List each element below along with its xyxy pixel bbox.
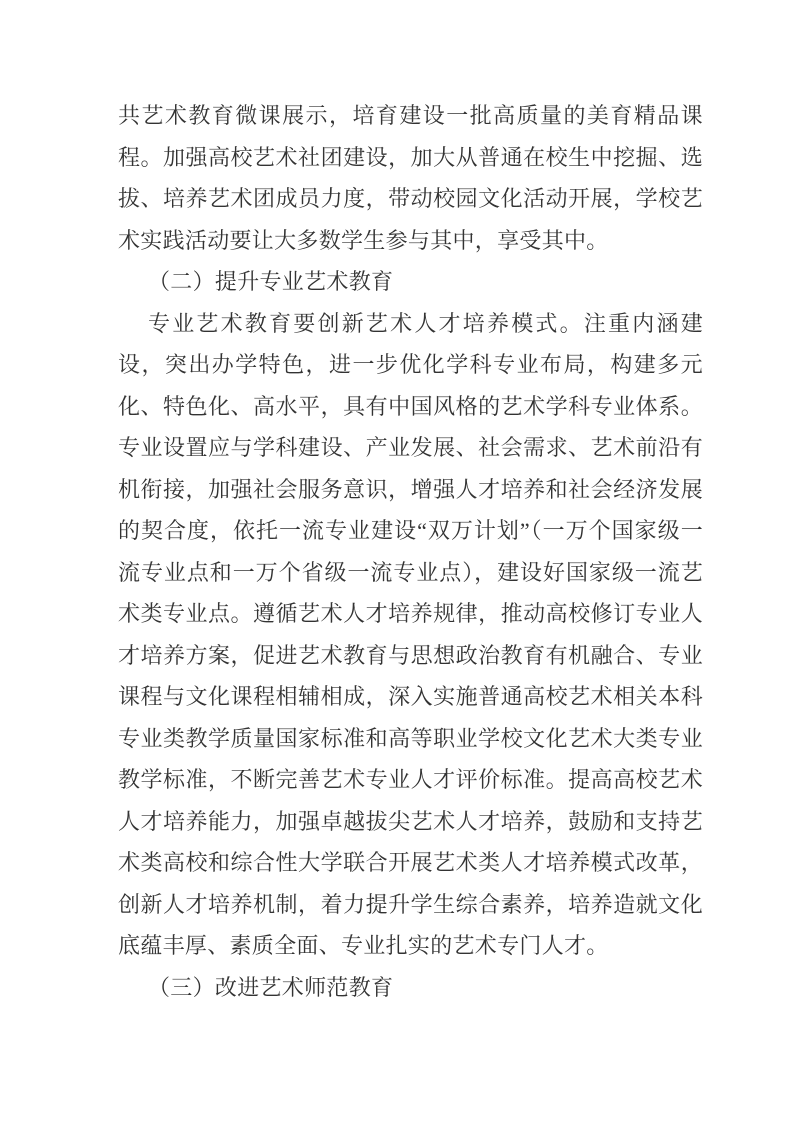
document-page: 共艺术教育微课展示，培育建设一批高质量的美育精品课程。加强高校艺术社团建设，加大… (0, 0, 793, 1122)
section-heading-2: （二）提升专业艺术教育 (118, 261, 703, 303)
paragraph-professional-art-education: 专业艺术教育要创新艺术人才培养模式。注重内涵建设，突出办学特色，进一步优化学科专… (118, 303, 703, 967)
paragraph-continuation: 共艺术教育微课展示，培育建设一批高质量的美育精品课程。加强高校艺术社团建设，加大… (118, 95, 703, 261)
section-heading-3: （三）改进艺术师范教育 (118, 967, 703, 1009)
